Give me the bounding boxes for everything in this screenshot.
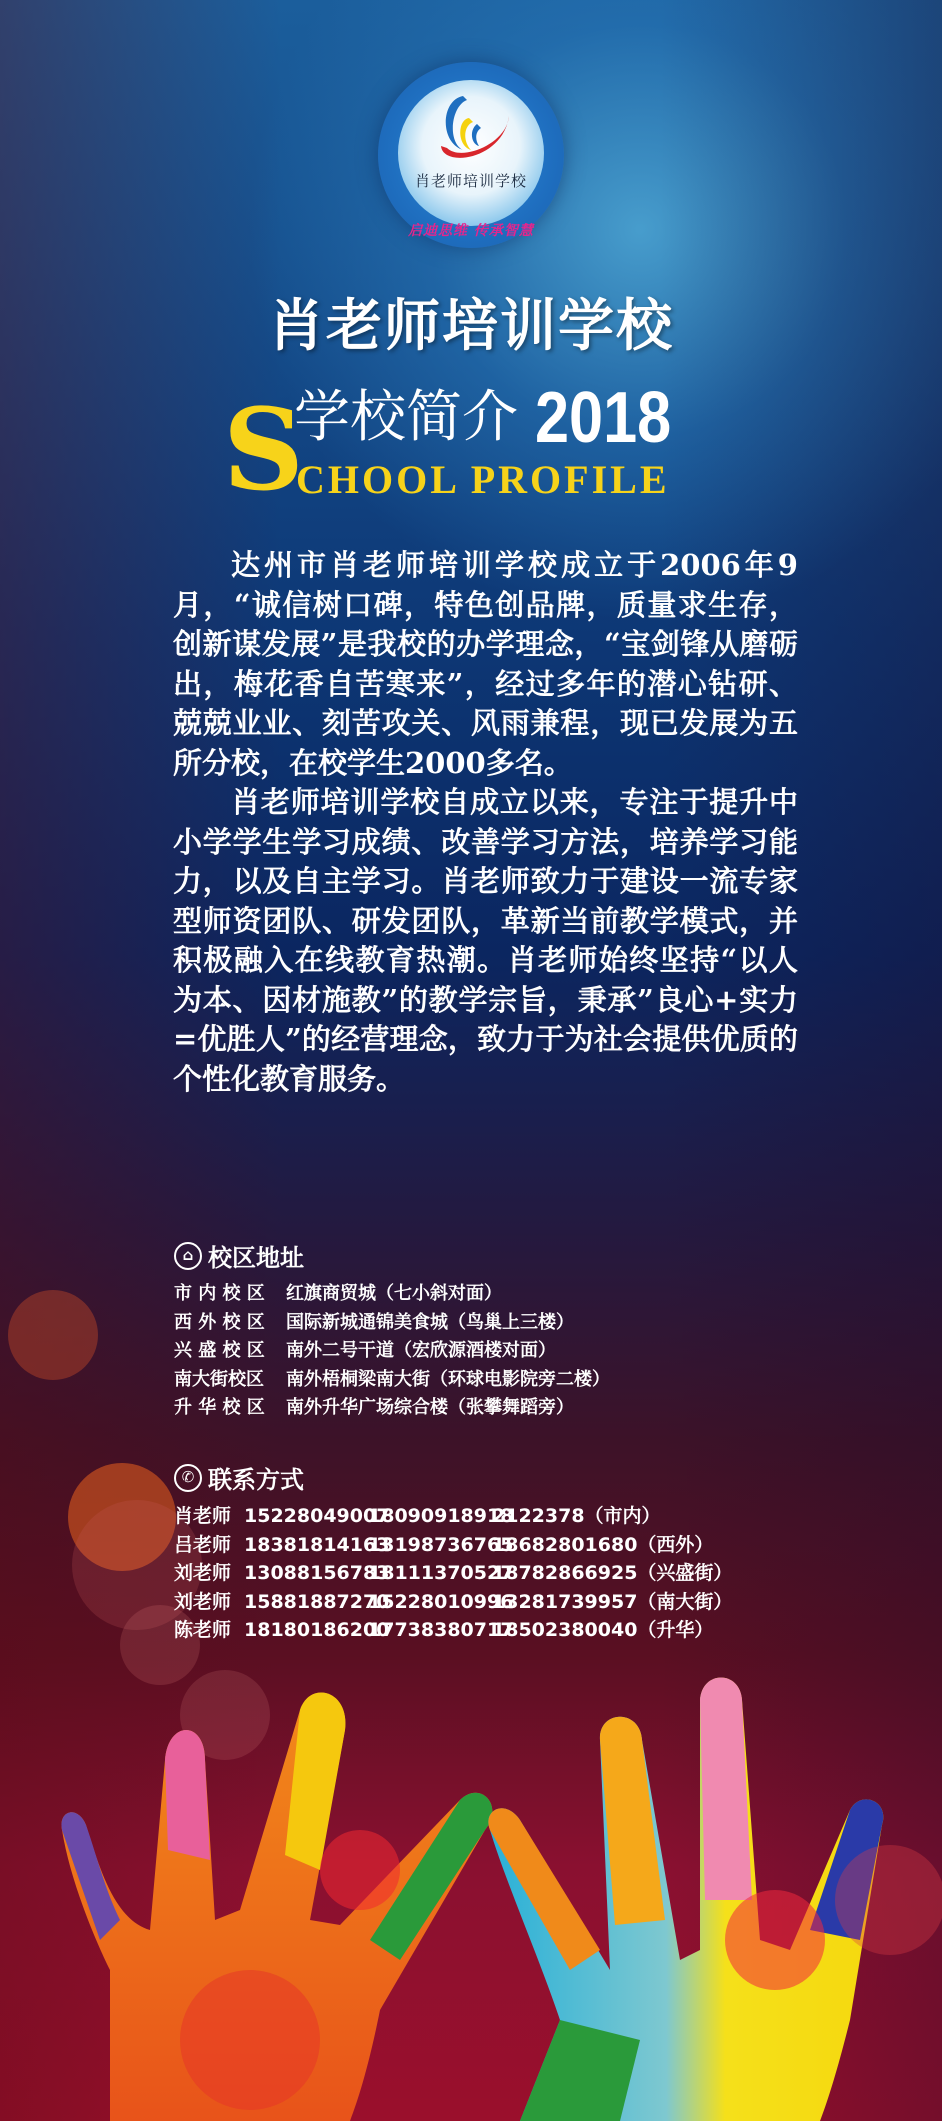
- campus-address: 南外梧桐梁南大街（环球电影院旁二楼）: [286, 1366, 610, 1395]
- campus-label: 升 华 校 区: [174, 1394, 286, 1423]
- contact-phone: 18682801680（西外）: [492, 1531, 713, 1560]
- campus-row: 西 外 校 区国际新城通锦美食城（鸟巢上三楼）: [174, 1309, 610, 1338]
- campus-label: 南大街校区: [174, 1366, 286, 1395]
- contact-phone: 13281739957（南大街）: [492, 1588, 732, 1617]
- logo-school-name: 肖老师培训学校: [378, 170, 564, 191]
- profile-chinese-title: 学校简介: [294, 390, 518, 446]
- contact-name: 吕老师: [174, 1531, 244, 1560]
- school-logo: 肖老师培训学校 启迪思维 传承智慧: [378, 62, 564, 248]
- profile-year: 2018: [535, 382, 671, 454]
- contact-row: 吕老师183818141631319873676518682801680（西外）: [174, 1531, 732, 1560]
- contact-phone: 15228010996: [368, 1588, 492, 1617]
- contact-row: 刘老师130881567831811137052718782866925（兴盛街…: [174, 1559, 732, 1588]
- campus-label: 市 内 校 区: [174, 1280, 286, 1309]
- contact-phone: 15881887270: [244, 1588, 368, 1617]
- campus-label: 西 外 校 区: [174, 1309, 286, 1338]
- painted-hands-illustration: [0, 1640, 942, 2121]
- contacts-heading: ✆ 联系方式: [174, 1460, 304, 1495]
- contact-phone: 18782866925（兴盛街）: [492, 1559, 732, 1588]
- logo-slogan: 启迪思维 传承智慧: [378, 220, 564, 240]
- contact-phone: 13198736765: [368, 1531, 492, 1560]
- contact-phone: 15228049007: [244, 1502, 368, 1531]
- contacts-list: 肖老师15228049007180909189182122378（市内） 吕老师…: [174, 1502, 732, 1645]
- school-introduction: 达州市肖老师培训学校成立于2006年9月，“诚信树口碑，特色创品牌，质量求生存，…: [173, 546, 798, 1099]
- campus-address: 南外升华广场综合楼（张攀舞蹈旁）: [286, 1394, 574, 1423]
- campus-row: 兴 盛 校 区南外二号干道（宏欣源酒楼对面）: [174, 1337, 610, 1366]
- campus-address: 国际新城通锦美食城（鸟巢上三楼）: [286, 1309, 574, 1338]
- campus-label: 兴 盛 校 区: [174, 1337, 286, 1366]
- campus-list: 市 内 校 区红旗商贸城（七小斜对面） 西 外 校 区国际新城通锦美食城（鸟巢上…: [174, 1280, 610, 1423]
- campus-row: 市 内 校 区红旗商贸城（七小斜对面）: [174, 1280, 610, 1309]
- campus-address: 南外二号干道（宏欣源酒楼对面）: [286, 1337, 556, 1366]
- campus-address: 红旗商贸城（七小斜对面）: [286, 1280, 502, 1309]
- contact-name: 刘老师: [174, 1588, 244, 1617]
- campus-row: 升 华 校 区南外升华广场综合楼（张攀舞蹈旁）: [174, 1394, 610, 1423]
- contact-phone: 2122378（市内）: [492, 1502, 661, 1531]
- campus-heading-label: 校区地址: [208, 1238, 304, 1273]
- contact-row: 刘老师158818872701522801099613281739957（南大街…: [174, 1588, 732, 1617]
- campus-heading: ⌂ 校区地址: [174, 1238, 304, 1273]
- phone-icon: ✆: [174, 1464, 202, 1492]
- contact-phone: 18111370527: [368, 1559, 492, 1588]
- intro-paragraph: 肖老师培训学校自成立以来，专注于提升中小学学生学习成绩、改善学习方法，培养学习能…: [173, 783, 798, 1099]
- profile-s-letter: S: [223, 395, 304, 507]
- contact-phone: 13088156783: [244, 1559, 368, 1588]
- campus-row: 南大街校区南外梧桐梁南大街（环球电影院旁二楼）: [174, 1366, 610, 1395]
- contact-name: 肖老师: [174, 1502, 244, 1531]
- house-icon: ⌂: [174, 1242, 202, 1270]
- profile-english-title: CHOOL PROFILE: [296, 460, 670, 500]
- logo-swoosh-icon: [433, 90, 513, 170]
- contact-phone: 18090918918: [368, 1502, 492, 1531]
- bokeh-circle: [8, 1290, 98, 1380]
- contact-phone: 18381814163: [244, 1531, 368, 1560]
- page-title: 肖老师培训学校: [0, 282, 942, 362]
- contact-row: 肖老师15228049007180909189182122378（市内）: [174, 1502, 732, 1531]
- contacts-heading-label: 联系方式: [208, 1460, 304, 1495]
- contact-name: 刘老师: [174, 1559, 244, 1588]
- intro-paragraph: 达州市肖老师培训学校成立于2006年9月，“诚信树口碑，特色创品牌，质量求生存，…: [173, 546, 798, 783]
